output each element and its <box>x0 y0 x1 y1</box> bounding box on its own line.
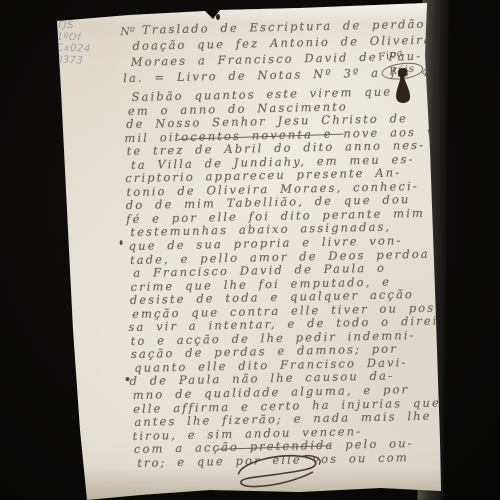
heading-number: Nº <box>120 25 135 38</box>
ink-speck <box>125 377 129 381</box>
page-content: TJS1ºOfCx0240373 Nº Traslado de Escriptu… <box>0 0 500 500</box>
archival-label-line: Cx024 <box>56 43 91 56</box>
body-text: Saibão quantos este virem queem o anno d… <box>123 85 431 471</box>
paper-notch <box>216 14 220 20</box>
archival-label-line: TJS <box>57 20 92 33</box>
manuscript-paper: TJS1ºOfCx0240373 Nº Traslado de Escriptu… <box>0 0 500 500</box>
signature-flourish <box>228 448 325 494</box>
strikethrough-mark <box>178 133 343 139</box>
archival-label: TJS1ºOfCx0240373 <box>56 20 92 67</box>
manuscript-photo: TJS1ºOfCx0240373 Nº Traslado de Escriptu… <box>0 0 500 500</box>
ink-speck <box>120 240 123 245</box>
archival-label-line: 0373 <box>56 54 91 67</box>
